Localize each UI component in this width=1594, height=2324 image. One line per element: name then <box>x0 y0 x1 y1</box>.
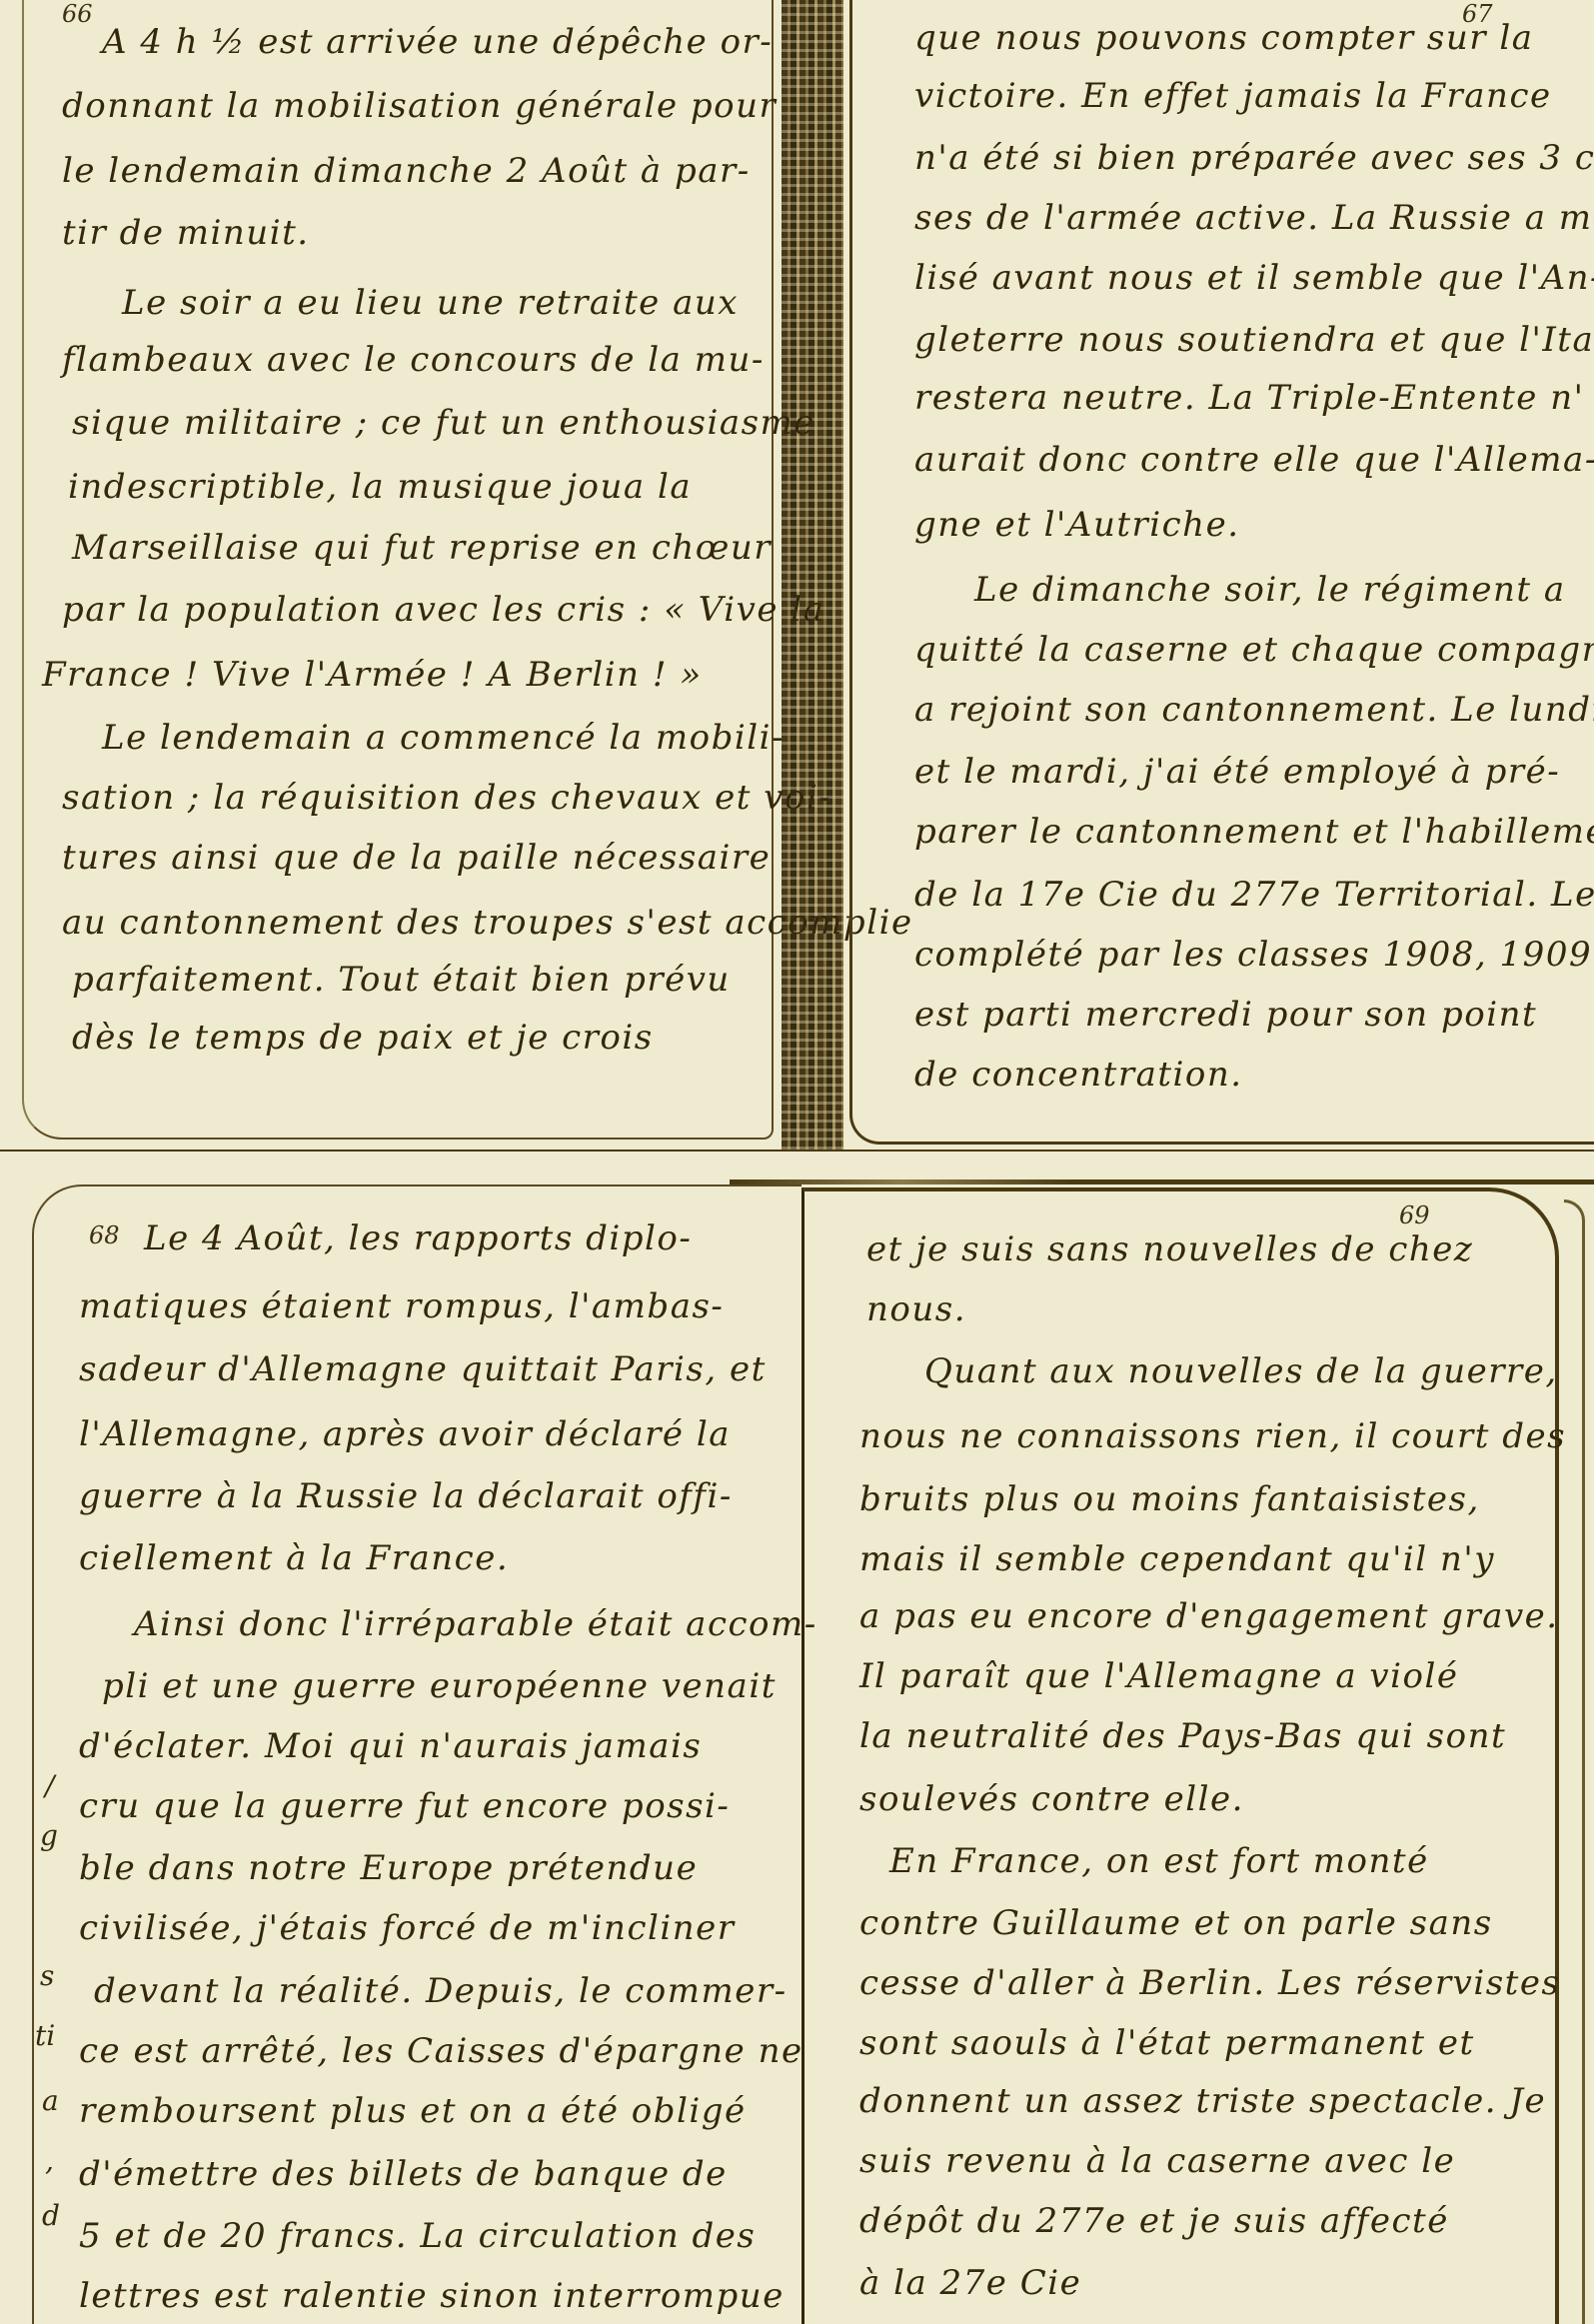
text-line: nous. <box>866 1289 966 1329</box>
text-line: soulevés contre elle. <box>859 1779 1244 1819</box>
page-bottom-edge <box>0 1150 1594 1152</box>
text-line: remboursent plus et on a été obligé <box>79 2091 747 2131</box>
notebook-cover-edge <box>1564 1199 1585 2324</box>
text-line: suis revenu à la caserne avec le <box>859 2141 1455 2181</box>
text-line: devant la réalité. Depuis, le commer- <box>94 1971 788 2011</box>
text-line: dépôt du 277e et je suis affecté <box>859 2201 1449 2241</box>
text-line: Ainsi donc l'irréparable était accom- <box>134 1604 817 1644</box>
text-line: complété par les classes 1908, 1909 et 1… <box>914 935 1594 975</box>
margin-note: d <box>42 2199 60 2232</box>
page-68: 68 Le 4 Août, les rapports diplo- matiqu… <box>32 1184 801 2324</box>
margin-note: a <box>42 2084 59 2117</box>
notebook-binding <box>782 0 843 1150</box>
text-line: Le soir a eu lieu une retraite aux <box>122 283 739 323</box>
text-line: cesse d'aller à Berlin. Les réservistes <box>859 1963 1560 2003</box>
margin-note: g <box>40 1819 58 1852</box>
text-line: contre Guillaume et on parle sans <box>859 1903 1493 1943</box>
text-line: ciellement à la France. <box>79 1538 509 1578</box>
page-number: 68 <box>89 1221 120 1249</box>
text-line: flambeaux avec le concours de la mu- <box>62 340 765 380</box>
text-line: la neutralité des Pays-Bas qui sont <box>859 1716 1506 1756</box>
text-line: bruits plus ou moins fantaisistes, <box>859 1479 1480 1519</box>
text-line: restera neutre. La Triple-Entente n' <box>914 378 1584 418</box>
text-line: d'émettre des billets de banque de <box>79 2154 728 2194</box>
text-line: indescriptible, la musique joua la <box>68 467 692 507</box>
text-line: tures ainsi que de la paille nécessaire <box>62 838 771 878</box>
margin-note: ti <box>35 2019 55 2052</box>
text-line: l'Allemagne, après avoir déclaré la <box>79 1414 731 1454</box>
text-line: Le dimanche soir, le régiment a <box>974 570 1566 610</box>
text-line: que nous pouvons compter sur la <box>914 18 1534 58</box>
text-line: guerre à la Russie la déclarait offi- <box>79 1476 733 1516</box>
text-line: Quant aux nouvelles de la guerre, <box>924 1351 1558 1391</box>
page-number: 66 <box>62 0 93 28</box>
margin-note: s <box>40 1959 54 1992</box>
text-line: au cantonnement des troupes s'est accomp… <box>62 903 913 943</box>
text-line: et le mardi, j'ai été employé à pré- <box>914 752 1560 792</box>
text-line: mais il semble cependant qu'il n'y <box>859 1539 1495 1579</box>
text-line: dès le temps de paix et je crois <box>72 1018 654 1058</box>
text-line: sique militaire ; ce fut un enthousiasme <box>72 403 815 443</box>
text-line: En France, on est fort monté <box>889 1841 1429 1881</box>
text-line: donnent un assez triste spectacle. Je <box>859 2081 1546 2121</box>
text-line: matiques étaient rompus, l'ambas- <box>79 1286 724 1326</box>
text-line: de la 17e Cie du 277e Territorial. Le 77… <box>914 875 1594 915</box>
text-line: quitté la caserne et chaque compagnie <box>914 630 1594 670</box>
text-line: gleterre nous soutiendra et que l'Italie <box>914 320 1594 360</box>
text-line: d'éclater. Moi qui n'aurais jamais <box>79 1726 702 1766</box>
text-line: gne et l'Autriche. <box>914 505 1240 545</box>
text-line: tir de minuit. <box>62 213 310 253</box>
text-line: lisé avant nous et il semble que l'An- <box>914 258 1594 298</box>
text-line: par la population avec les cris : « Vive… <box>62 590 824 630</box>
text-line: à la 27e Cie <box>859 2263 1081 2303</box>
margin-note: , <box>45 2144 54 2177</box>
text-line: nous ne connaissons rien, il court des <box>859 1416 1566 1456</box>
text-line: ce est arrêté, les Caisses d'épargne ne <box>79 2031 803 2071</box>
text-line: de concentration. <box>914 1055 1243 1095</box>
text-line: victoire. En effet jamais la France <box>914 76 1552 116</box>
text-line: sadeur d'Allemagne quittait Paris, et <box>79 1349 767 1389</box>
text-line: A 4 h ½ est arrivée une dépêche or- <box>102 22 773 62</box>
text-line: Marseillaise qui fut reprise en chœur <box>72 528 772 568</box>
text-line: est parti mercredi pour son point <box>914 995 1537 1035</box>
text-line: parer le cantonnement et l'habillement <box>914 812 1594 852</box>
text-line: donnant la mobilisation générale pour <box>62 86 777 126</box>
text-line: a rejoint son cantonnement. Le lundi <box>914 690 1594 730</box>
text-line: aurait donc contre elle que l'Allema- <box>914 440 1594 480</box>
text-line: civilisée, j'étais forcé de m'incliner <box>79 1908 736 1948</box>
text-line: Le 4 Août, les rapports diplo- <box>144 1218 692 1258</box>
notebook-top-edge <box>730 1179 1594 1184</box>
text-line: a pas eu encore d'engagement grave. <box>859 1596 1559 1636</box>
text-line: sation ; la réquisition des chevaux et v… <box>62 778 831 818</box>
text-line: ble dans notre Europe prétendue <box>79 1848 698 1888</box>
page-66: 66 A 4 h ½ est arrivée une dépêche or- d… <box>22 0 774 1140</box>
margin-note: / <box>45 1769 54 1802</box>
text-line: lettres est ralentie sinon interrompue <box>79 2276 785 2316</box>
text-line: le lendemain dimanche 2 Août à par- <box>62 151 751 191</box>
text-line: Le lendemain a commencé la mobili- <box>102 718 785 758</box>
text-line: parfaitement. Tout était bien prévu <box>72 960 731 1000</box>
text-line: France ! Vive l'Armée ! A Berlin ! » <box>42 655 703 695</box>
page-69: 69 et je suis sans nouvelles de chez nou… <box>801 1187 1559 2324</box>
text-line: Il paraît que l'Allemagne a violé <box>859 1656 1458 1696</box>
text-line: ses de l'armée active. La Russie a mobi- <box>914 198 1594 238</box>
text-line: sont saouls à l'état permanent et <box>859 2023 1475 2063</box>
text-line: pli et une guerre européenne venait <box>102 1666 777 1706</box>
text-line: et je suis sans nouvelles de chez <box>866 1229 1473 1269</box>
page-67: 67 que nous pouvons compter sur la victo… <box>849 0 1594 1145</box>
text-line: n'a été si bien préparée avec ses 3 clas… <box>914 138 1594 178</box>
page-number: 69 <box>1399 1201 1430 1229</box>
text-line: 5 et de 20 francs. La circulation des <box>79 2216 756 2256</box>
text-line: cru que la guerre fut encore possi- <box>79 1786 730 1826</box>
